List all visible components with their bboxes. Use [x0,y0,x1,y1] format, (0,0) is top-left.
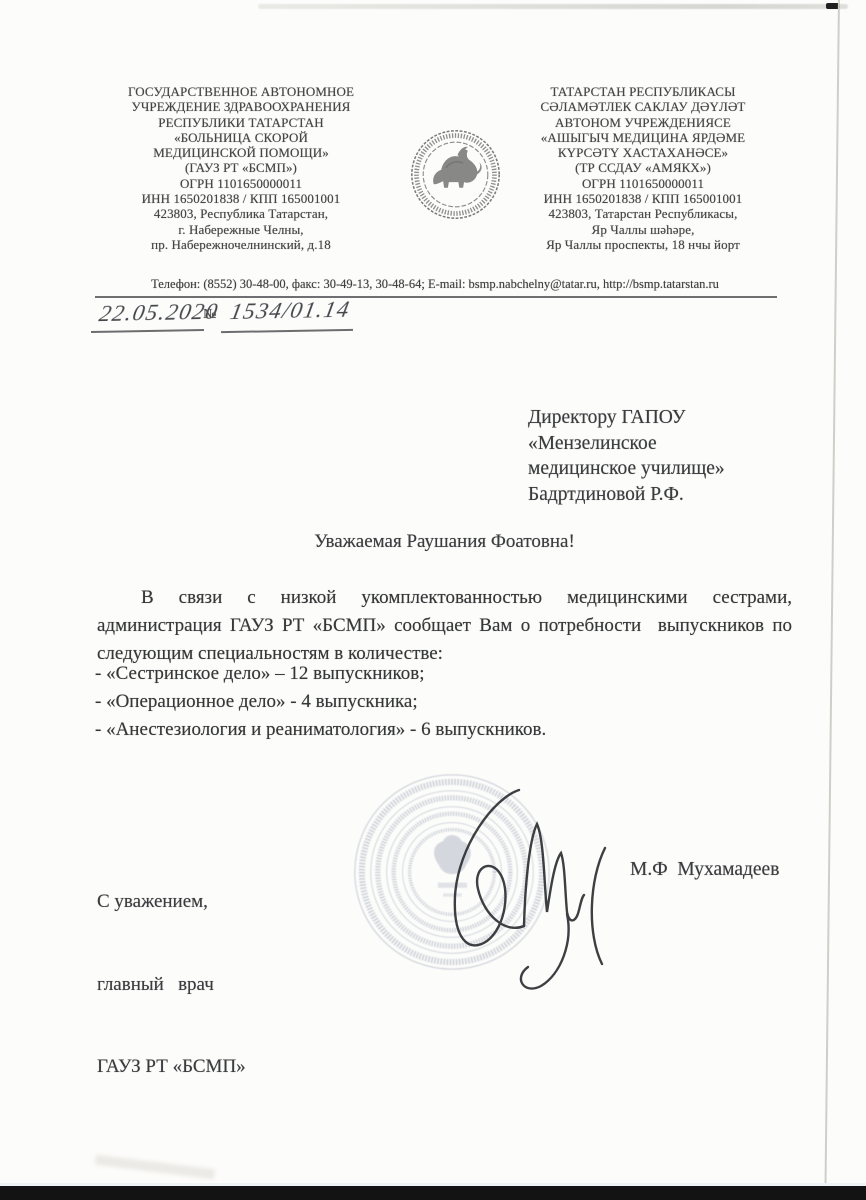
closing-line: главный врач [97,971,246,999]
contact-line: Телефон: (8552) 30-48-00, факс: 30-49-13… [90,277,780,292]
letterhead-line: СӘЛАМӘТЛЕК САКЛАУ ДӘҮЛӘТ [522,99,764,114]
number-underline [221,329,353,333]
addressee-block: Директору ГАПОУ «Мензелинское медицинско… [528,405,725,507]
letterhead-line: пр. Набережночелнинский, д.18 [88,237,394,252]
specialty-item: - «Анестезиология и реаниматология» - 6 … [95,716,795,744]
letterhead-line: 423803, Республика Татарстан, [88,206,394,221]
closing-block: С уважением, главный врач ГАУЗ РТ «БСМП» [97,833,246,1136]
letterhead-line: 423803, Татарстан Республикасы, [522,206,764,221]
addressee-line: медицинское училище» [528,456,725,482]
letterhead-line: ИНН 1650201838 / КПП 165001001 [522,191,764,206]
letterhead-line: г. Набережные Челны, [88,222,394,237]
letterhead-line: Яр Чаллы проспекты, 18 нчы йорт [522,237,764,252]
addressee-line: Бадртдиновой Р.Ф. [528,482,725,508]
signer-name: М.Ф Мухамадеев [630,859,779,881]
letterhead-line: АВТОНОМ УЧРЕЖДЕНИЯСЕ [522,115,764,130]
letterhead-tatar: ТАТАРСТАН РЕСПУБЛИКАСЫ СӘЛАМӘТЛЕК САКЛАУ… [522,84,764,252]
closing-line: С уважением, [97,888,246,916]
date-underline [91,329,204,332]
number-sign: № [203,307,216,323]
letterhead-line: (ГАУЗ РТ «БСМП») [88,160,394,175]
letterhead-line: ИНН 1650201838 / КПП 165001001 [88,191,394,206]
handwritten-signature [398,768,628,1003]
paper-edge-line [824,0,839,1200]
header-divider [95,296,777,298]
scan-streak-artifact [258,4,848,9]
body-paragraph: В связи с низкой укомплектованностью мед… [97,584,792,668]
specialty-item: - «Операционное дело» - 4 выпускника; [95,688,795,716]
specialty-item: - «Сестринское дело» – 12 выпускников; [95,660,795,688]
letterhead-line: ОГРН 1101650000011 [522,176,764,191]
letterhead-line: «АШЫГЫЧ МЕДИЦИНА ЯРДӘМЕ [522,130,764,145]
scan-bottom-band [0,1186,866,1200]
specialty-list: - «Сестринское дело» – 12 выпускников; -… [95,660,795,744]
letterhead-line: ГОСУДАРСТВЕННОЕ АВТОНОМНОЕ [88,84,394,99]
ref-number-handwritten: 1534/01.14 [228,297,353,325]
addressee-line: «Мензелинское [528,431,725,457]
letterhead-line: МЕДИЦИНСКОЙ ПОМОЩИ» [88,145,394,160]
letterhead-line: УЧРЕЖДЕНИЕ ЗДРАВООХРАНЕНИЯ [88,99,394,114]
tatarstan-emblem-icon [408,127,503,222]
addressee-line: Директору ГАПОУ [528,405,725,431]
letterhead-line: «БОЛЬНИЦА СКОРОЙ [88,130,394,145]
closing-line: ГАУЗ РТ «БСМП» [97,1053,246,1081]
letterhead-line: ТАТАРСТАН РЕСПУБЛИКАСЫ [522,84,764,99]
letterhead-line: (ТР ССДАУ «АМЯКХ») [522,160,764,175]
letterhead-line: КҮРСӘТҮ ХАСТАХАНӘСЕ» [522,145,764,160]
letterhead-russian: ГОСУДАРСТВЕННОЕ АВТОНОМНОЕ УЧРЕЖДЕНИЕ ЗД… [88,84,394,252]
letterhead-line: Яр Чаллы шәһәре, [522,222,764,237]
letterhead-line: РЕСПУБЛИКИ ТАТАРСТАН [88,115,394,130]
scan-smudge-artifact [95,1155,215,1180]
salutation: Уважаемая Раушания Фоатовна! [97,531,792,553]
letterhead-line: ОГРН 1101650000011 [88,176,394,191]
scanned-letter-page: ГОСУДАРСТВЕННОЕ АВТОНОМНОЕ УЧРЕЖДЕНИЕ ЗД… [0,0,866,1200]
